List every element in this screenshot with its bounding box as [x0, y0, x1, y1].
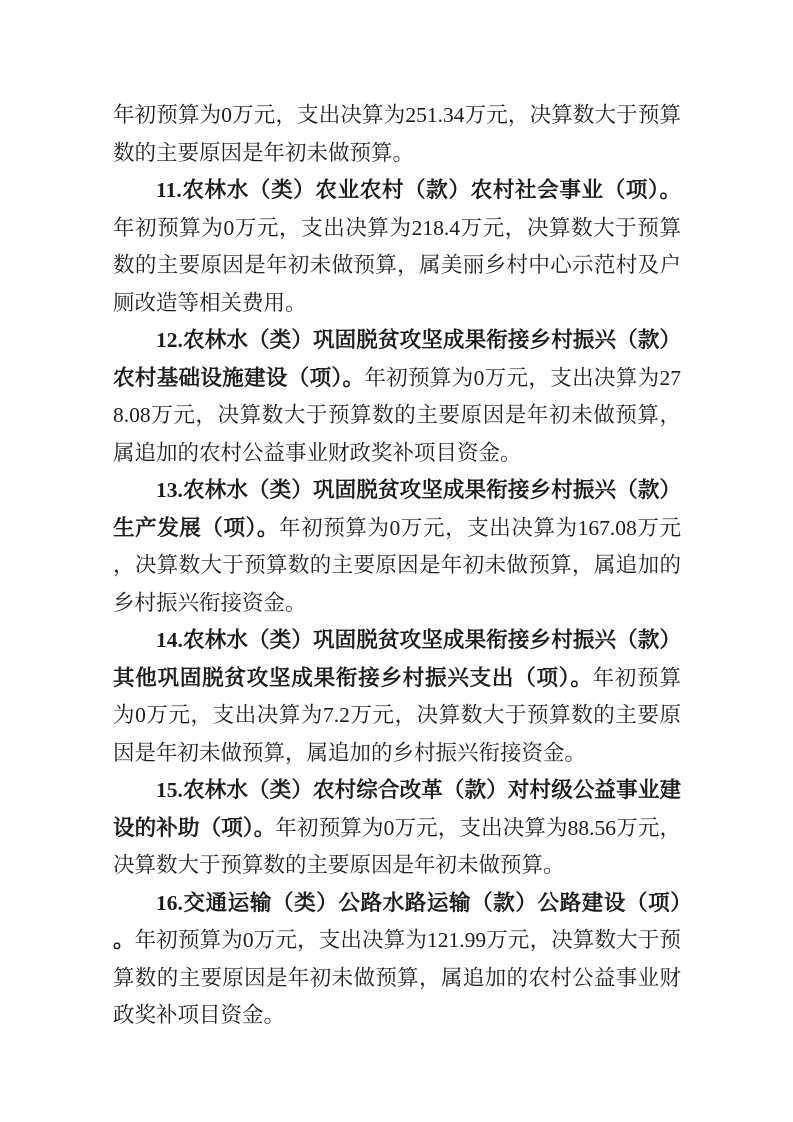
paragraph-body-text: 年初预算为0万元，支出决算为218.4万元，决算数大于预算数的主要原因是年初未做…: [113, 216, 681, 315]
paragraph-body-text: 年初预算为0万元，支出决算为121.99万元，决算数大于预算数的主要原因是年初未…: [113, 928, 681, 1027]
paragraph-item-14: 14.农林水（类）巩固脱贫攻坚成果衔接乡村振兴（款）其他巩固脱贫攻坚成果衔接乡村…: [113, 622, 681, 772]
paragraph-item-16: 16.交通运输（类）公路水路运输（款）公路建设（项）。年初预算为0万元，支出决算…: [113, 885, 681, 1035]
paragraph-item-13: 13.农林水（类）巩固脱贫攻坚成果衔接乡村振兴（款）生产发展（项）。年初预算为0…: [113, 472, 681, 622]
paragraph-continuation: 年初预算为0万元，支出决算为251.34万元，决算数大于预算数的主要原因是年初未…: [113, 97, 681, 172]
paragraph-body-text: 年初预算为0万元，支出决算为251.34万元，决算数大于预算数的主要原因是年初未…: [113, 103, 681, 165]
paragraph-item-15: 15.农林水（类）农村综合改革（款）对村级公益事业建设的补助（项）。年初预算为0…: [113, 772, 681, 885]
paragraph-item-11: 11.农林水（类）农业农村（款）农村社会事业（项）。年初预算为0万元，支出决算为…: [113, 172, 681, 322]
document-text-block: 年初预算为0万元，支出决算为251.34万元，决算数大于预算数的主要原因是年初未…: [113, 97, 681, 1035]
document-page: 年初预算为0万元，支出决算为251.34万元，决算数大于预算数的主要原因是年初未…: [0, 0, 793, 1122]
paragraph-heading: 11.农林水（类）农业农村（款）农村社会事业（项）。: [156, 178, 681, 202]
paragraph-item-12: 12.农林水（类）巩固脱贫攻坚成果衔接乡村振兴（款）农村基础设施建设（项）。年初…: [113, 322, 681, 472]
